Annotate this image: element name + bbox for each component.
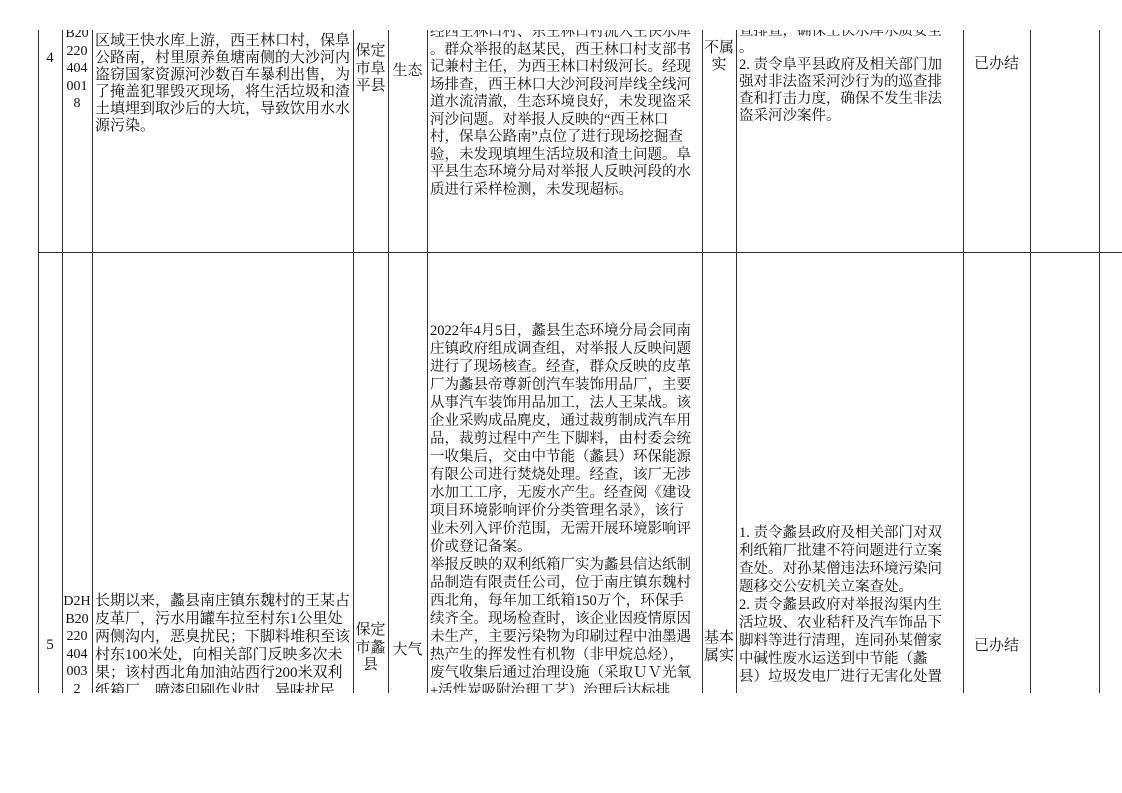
cell-verification: 基本 属实 — [702, 630, 736, 665]
cell-seq: 4 — [38, 50, 62, 68]
table-border-left — [38, 30, 39, 693]
cell-case-number: B20 220 404 001 8 — [62, 30, 92, 113]
grid-line-vertical — [353, 30, 354, 693]
cell-measures: 查排查，确保王快水库水质安全 。 2. 责令阜平县政府及相关部门加 强对非法盗采… — [739, 30, 963, 125]
grid-line-vertical — [1099, 30, 1100, 693]
grid-line-vertical — [92, 30, 93, 693]
table-viewport: 4 B20 220 404 001 8 区域王快水库上游，西王林口村，保阜 公路… — [38, 30, 1122, 693]
grid-line-row-divider — [38, 252, 1122, 253]
grid-line-vertical — [388, 30, 389, 693]
cell-category: 生态 — [388, 63, 427, 81]
cell-measures: 1. 责令蠡县政府及相关部门对双 利纸箱厂批建不符问题进行立案 查处。对孙某僧违… — [739, 524, 963, 686]
cell-case-number: D2H B20 220 404 003 2 — [62, 593, 92, 693]
cell-seq: 5 — [38, 637, 62, 655]
grid-line-vertical — [736, 30, 737, 693]
grid-line-vertical — [1030, 30, 1031, 693]
cell-status: 已办结 — [963, 638, 1030, 656]
cell-complaint: 区域王快水库上游，西王林口村，保阜 公路南，村里原养鱼塘南侧的大沙河内 盗窃国家… — [95, 33, 353, 135]
cell-complaint: 长期以来，蠡县南庄镇东魏村的王某占 皮革厂，污水用罐车拉至村东1公里处 两侧沟内… — [95, 592, 353, 693]
cell-city: 保定 市阜 平县 — [353, 43, 388, 96]
grid-line-vertical — [427, 30, 428, 693]
cell-city: 保定 市蠡 县 — [353, 622, 388, 675]
document-page: 4 B20 220 404 001 8 区域王快水库上游，西王林口村，保阜 公路… — [0, 0, 1122, 793]
grid-line-vertical — [963, 30, 964, 693]
cell-status: 已办结 — [963, 56, 1030, 74]
grid-line-vertical — [702, 30, 703, 693]
cell-investigation: 2022年4月5日，蠡县生态环境分局会同南 庄镇政府组成调查组，对举报人反映问题… — [430, 322, 702, 693]
cell-category: 大气 — [388, 642, 427, 660]
cell-verification: 不属 实 — [702, 40, 736, 74]
cell-investigation: 经西王林口村、东王林口村流入王快水库 。群众举报的赵某民，西王林口村支部书 记兼… — [430, 30, 702, 199]
